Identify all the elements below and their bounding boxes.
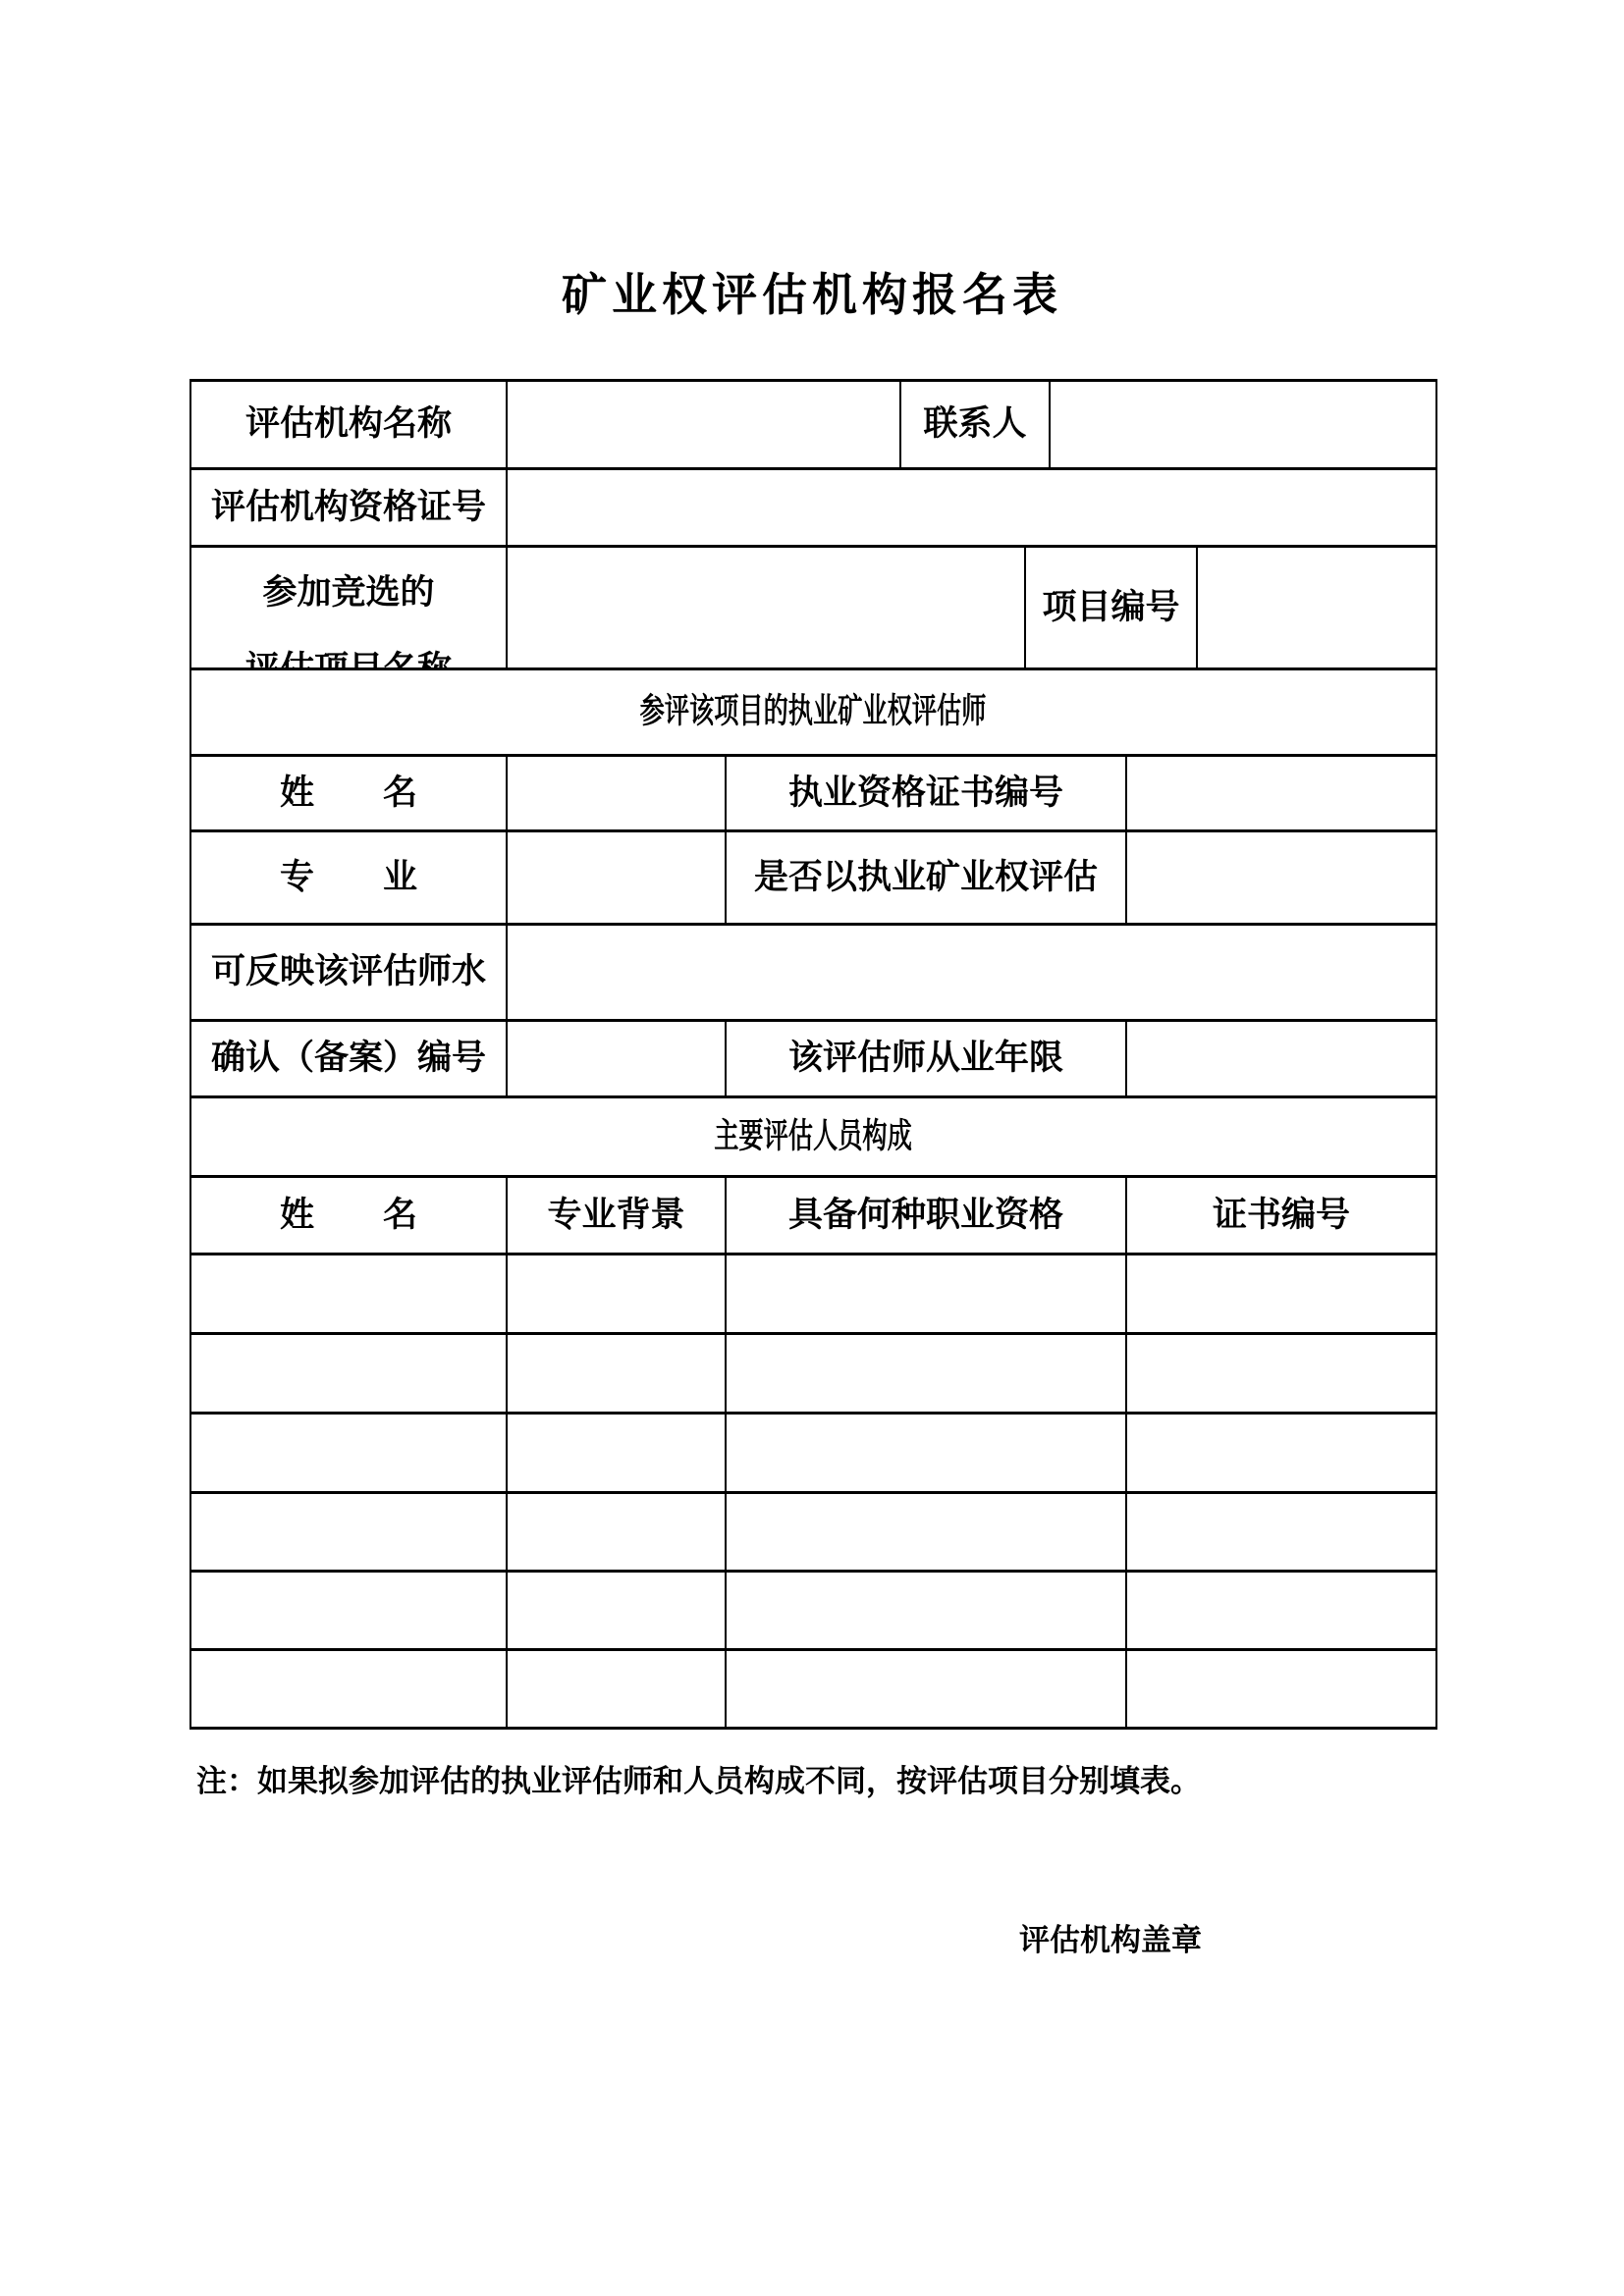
- personnel-cert-no-cell[interactable]: [1126, 1650, 1436, 1729]
- record-no-label: 确认（备案）编号: [190, 1021, 507, 1097]
- personnel-qualification-cell[interactable]: [726, 1334, 1126, 1414]
- personnel-row: [190, 1572, 1436, 1650]
- personnel-qualification-cell[interactable]: [726, 1493, 1126, 1572]
- personnel-qualification-cell[interactable]: [726, 1255, 1126, 1334]
- agency-seal-label: 评估机构盖章: [1019, 1915, 1202, 1959]
- personnel-name-cell[interactable]: [190, 1414, 507, 1493]
- project-no-label: 项目编号: [1025, 547, 1197, 669]
- personnel-col-qualification: 具备何种职业资格: [726, 1177, 1126, 1255]
- agency-cert-label: 评估机构资格证号: [190, 469, 507, 547]
- project-name-input-cell[interactable]: [507, 547, 1025, 669]
- personnel-background-cell[interactable]: [507, 1572, 726, 1650]
- personnel-background-cell[interactable]: [507, 1650, 726, 1729]
- personnel-row: [190, 1650, 1436, 1729]
- personnel-row: [190, 1493, 1436, 1572]
- personnel-background-cell[interactable]: [507, 1334, 726, 1414]
- major-label: 专 业: [190, 831, 507, 925]
- footnote: 注：如果拟参加评估的执业评估师和人员构成不同，按评估项目分别填表。: [196, 1756, 1434, 1800]
- personnel-col-background: 专业背景: [507, 1177, 726, 1255]
- reference-label: 可反映该评估师水: [190, 925, 507, 1021]
- agency-name-input-cell[interactable]: [507, 381, 900, 469]
- personnel-section-title: 主要评估人员构成: [190, 1097, 1436, 1177]
- project-no-input-cell[interactable]: [1197, 547, 1436, 669]
- practice-input-cell[interactable]: [1126, 831, 1436, 925]
- personnel-qualification-cell[interactable]: [726, 1572, 1126, 1650]
- personnel-row: [190, 1414, 1436, 1493]
- personnel-row: [190, 1334, 1436, 1414]
- personnel-background-cell[interactable]: [507, 1414, 726, 1493]
- personnel-cert-no-cell[interactable]: [1126, 1255, 1436, 1334]
- personnel-name-cell[interactable]: [190, 1493, 507, 1572]
- major-input-cell[interactable]: [507, 831, 726, 925]
- personnel-name-cell[interactable]: [190, 1650, 507, 1729]
- service-years-label: 该评估师从业年限: [726, 1021, 1126, 1097]
- service-years-input-cell[interactable]: [1126, 1021, 1436, 1097]
- contact-label: 联系人: [900, 381, 1050, 469]
- personnel-background-cell[interactable]: [507, 1255, 726, 1334]
- personnel-background-cell[interactable]: [507, 1493, 726, 1572]
- personnel-row: [190, 1255, 1436, 1334]
- appraiser-section-title: 参评该项目的执业矿业权评估师: [190, 669, 1436, 756]
- reference-input-cell[interactable]: [507, 925, 1436, 1021]
- personnel-name-cell[interactable]: [190, 1572, 507, 1650]
- personnel-cert-no-cell[interactable]: [1126, 1334, 1436, 1414]
- appraiser-name-label: 姓 名: [190, 756, 507, 831]
- agency-cert-input-cell[interactable]: [507, 469, 1436, 547]
- practice-label: 是否以执业矿业权评估: [726, 831, 1126, 925]
- agency-name-label: 评估机构名称: [190, 381, 507, 469]
- personnel-col-name: 姓 名: [190, 1177, 507, 1255]
- personnel-cert-no-cell[interactable]: [1126, 1414, 1436, 1493]
- personnel-cert-no-cell[interactable]: [1126, 1493, 1436, 1572]
- record-no-input-cell[interactable]: [507, 1021, 726, 1097]
- license-no-input-cell[interactable]: [1126, 756, 1436, 831]
- personnel-qualification-cell[interactable]: [726, 1650, 1126, 1729]
- page-title: 矿业权评估机构报名表: [0, 259, 1624, 324]
- personnel-name-cell[interactable]: [190, 1334, 507, 1414]
- appraiser-name-input-cell[interactable]: [507, 756, 726, 831]
- project-name-label: 参加竞选的 评估项目名称: [190, 547, 507, 669]
- registration-form-table: 评估机构名称 联系人 评估机构资格证号 参加竞选的 评估项目名称 项目编号: [189, 379, 1437, 1730]
- license-no-label: 执业资格证书编号: [726, 756, 1126, 831]
- personnel-qualification-cell[interactable]: [726, 1414, 1126, 1493]
- personnel-cert-no-cell[interactable]: [1126, 1572, 1436, 1650]
- personnel-name-cell[interactable]: [190, 1255, 507, 1334]
- contact-input-cell[interactable]: [1050, 381, 1436, 469]
- personnel-col-cert-no: 证书编号: [1126, 1177, 1436, 1255]
